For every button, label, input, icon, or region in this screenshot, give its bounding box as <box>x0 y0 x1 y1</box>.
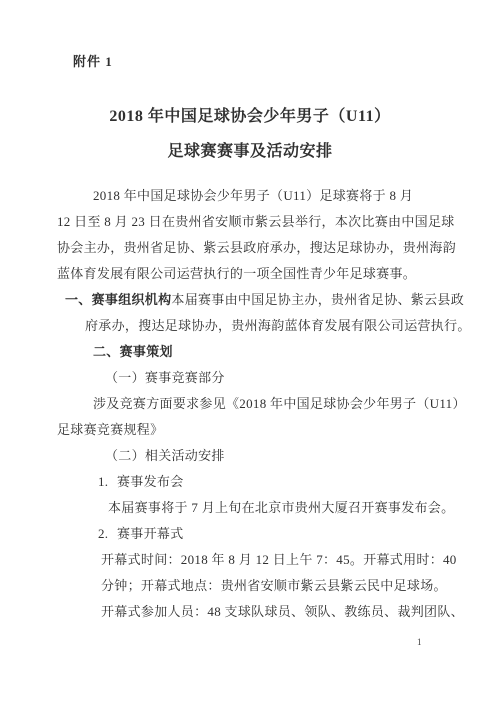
subsection-1-line: 足球赛竞赛规程》 <box>57 417 443 443</box>
list-item-1-number: 1. <box>98 469 117 495</box>
list-item-1-title: 赛事发布会 <box>117 474 184 489</box>
list-item-1-body: 本届赛事将于 7 月上旬在北京市贵州大厦召开赛事发布会。 <box>57 495 443 521</box>
section-1-line: 一、赛事组织机构本届赛事由中国足协主办，贵州省足协、紫云县政 <box>57 287 443 313</box>
subsection-1-heading: （一）赛事竞赛部分 <box>57 365 443 391</box>
list-item-1-heading: 1.赛事发布会 <box>57 469 443 495</box>
list-item-2-line: 分钟；开幕式地点：贵州省安顺市紫云县紫云民中足球场。 <box>57 573 443 599</box>
list-item-2-heading: 2.赛事开幕式 <box>57 521 443 547</box>
section-1-text: 本届赛事由中国足协主办，贵州省足协、紫云县政 <box>171 292 464 307</box>
section-2-heading: 二、赛事策划 <box>57 339 443 365</box>
intro-line: 蓝体育发展有限公司运营执行的一项全国性青少年足球赛事。 <box>57 261 443 287</box>
document-title: 2018 年中国足球协会少年男子（U11） 足球赛赛事及活动安排 <box>0 99 500 169</box>
document-title-line-1: 2018 年中国足球协会少年男子（U11） <box>0 99 500 134</box>
page-number: 1 <box>417 637 422 647</box>
list-item-2-title: 赛事开幕式 <box>117 526 184 541</box>
attachment-label: 附件 1 <box>73 51 113 70</box>
section-1-heading: 一、赛事组织机构 <box>65 292 171 307</box>
document-page: 附件 1 2018 年中国足球协会少年男子（U11） 足球赛赛事及活动安排 20… <box>0 0 500 707</box>
list-item-2-number: 2. <box>98 521 117 547</box>
subsection-1-line: 涉及竞赛方面要求参见《2018 年中国足球协会少年男子（U11） <box>57 391 443 417</box>
intro-line: 协会主办，贵州省足协、紫云县政府承办，搜达足球协办，贵州海韵 <box>57 235 443 261</box>
intro-line: 2018 年中国足球协会少年男子（U11）足球赛将于 8 月 <box>57 183 443 209</box>
subsection-2-heading: （二）相关活动安排 <box>57 443 443 469</box>
intro-line: 12 日至 8 月 23 日在贵州省安顺市紫云县举行，本次比赛由中国足球 <box>57 209 443 235</box>
list-item-2-line: 开幕式参加人员：48 支球队球员、领队、教练员、裁判团队、 <box>57 599 443 625</box>
document-title-line-2: 足球赛赛事及活动安排 <box>0 134 500 169</box>
section-1-line: 府承办，搜达足球协办，贵州海韵蓝体育发展有限公司运营执行。 <box>57 313 443 339</box>
list-item-2-line: 开幕式时间：2018 年 8 月 12 日上午 7：45。开幕式用时：40 <box>57 547 443 573</box>
document-body: 2018 年中国足球协会少年男子（U11）足球赛将于 8 月 12 日至 8 月… <box>57 183 443 625</box>
